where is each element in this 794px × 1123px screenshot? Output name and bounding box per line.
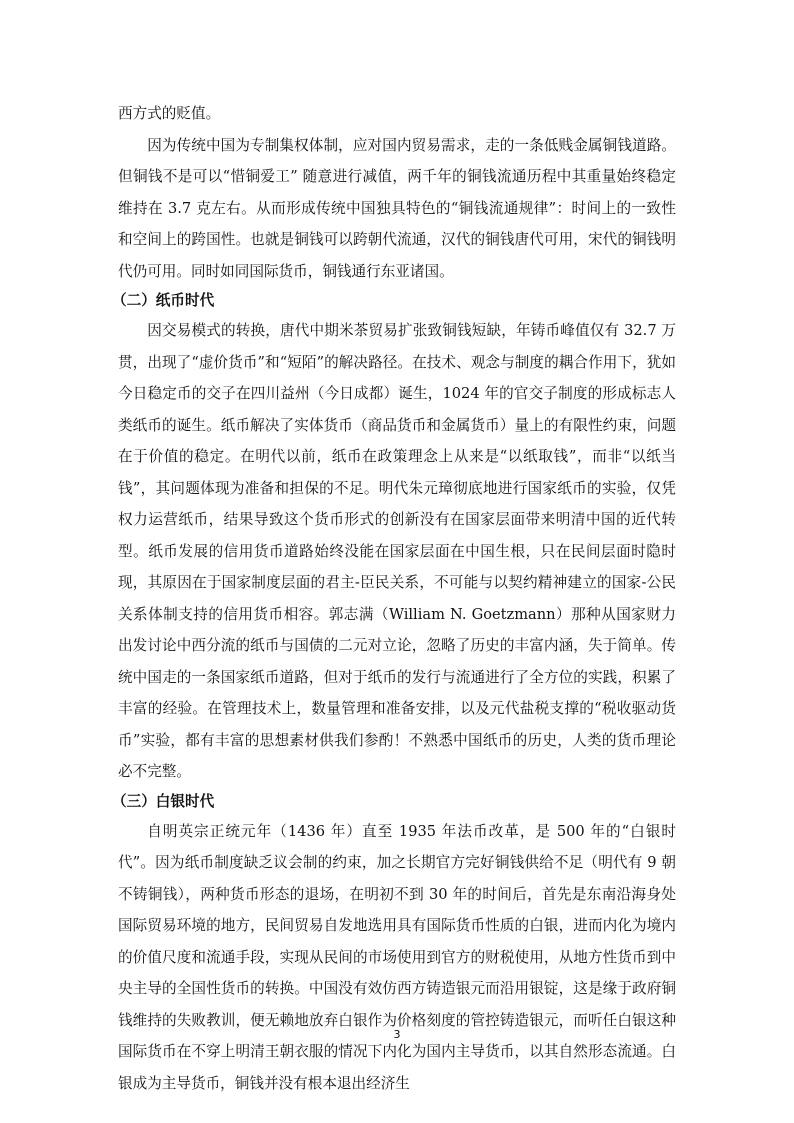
paragraph-copper-coin: 因为传统中国为专制集权体制，应对国内贸易需求，走的一条低贱金属铜钱道路。但铜钱不… — [118, 130, 676, 288]
page-number: 3 — [0, 1028, 794, 1041]
document-page: 西方式的贬值。 因为传统中国为专制集权体制，应对国内贸易需求，走的一条低贱金属铜… — [0, 0, 794, 1123]
paragraph-continuation: 西方式的贬值。 — [118, 98, 676, 130]
paragraph-paper-money: 因交易模式的转换，唐代中期米茶贸易扩张致铜钱短缺，年铸币峰值仅有 32.7 万贯… — [118, 315, 676, 788]
paragraph-silver: 自明英宗正统元年（1436 年）直至 1935 年法币改革，是 500 年的“白… — [118, 816, 676, 1100]
body-text: 西方式的贬值。 因为传统中国为专制集权体制，应对国内贸易需求，走的一条低贱金属铜… — [118, 98, 676, 1099]
section-heading-silver: （三）白银时代 — [112, 788, 676, 816]
section-heading-paper-money: （二）纸币时代 — [112, 287, 676, 315]
